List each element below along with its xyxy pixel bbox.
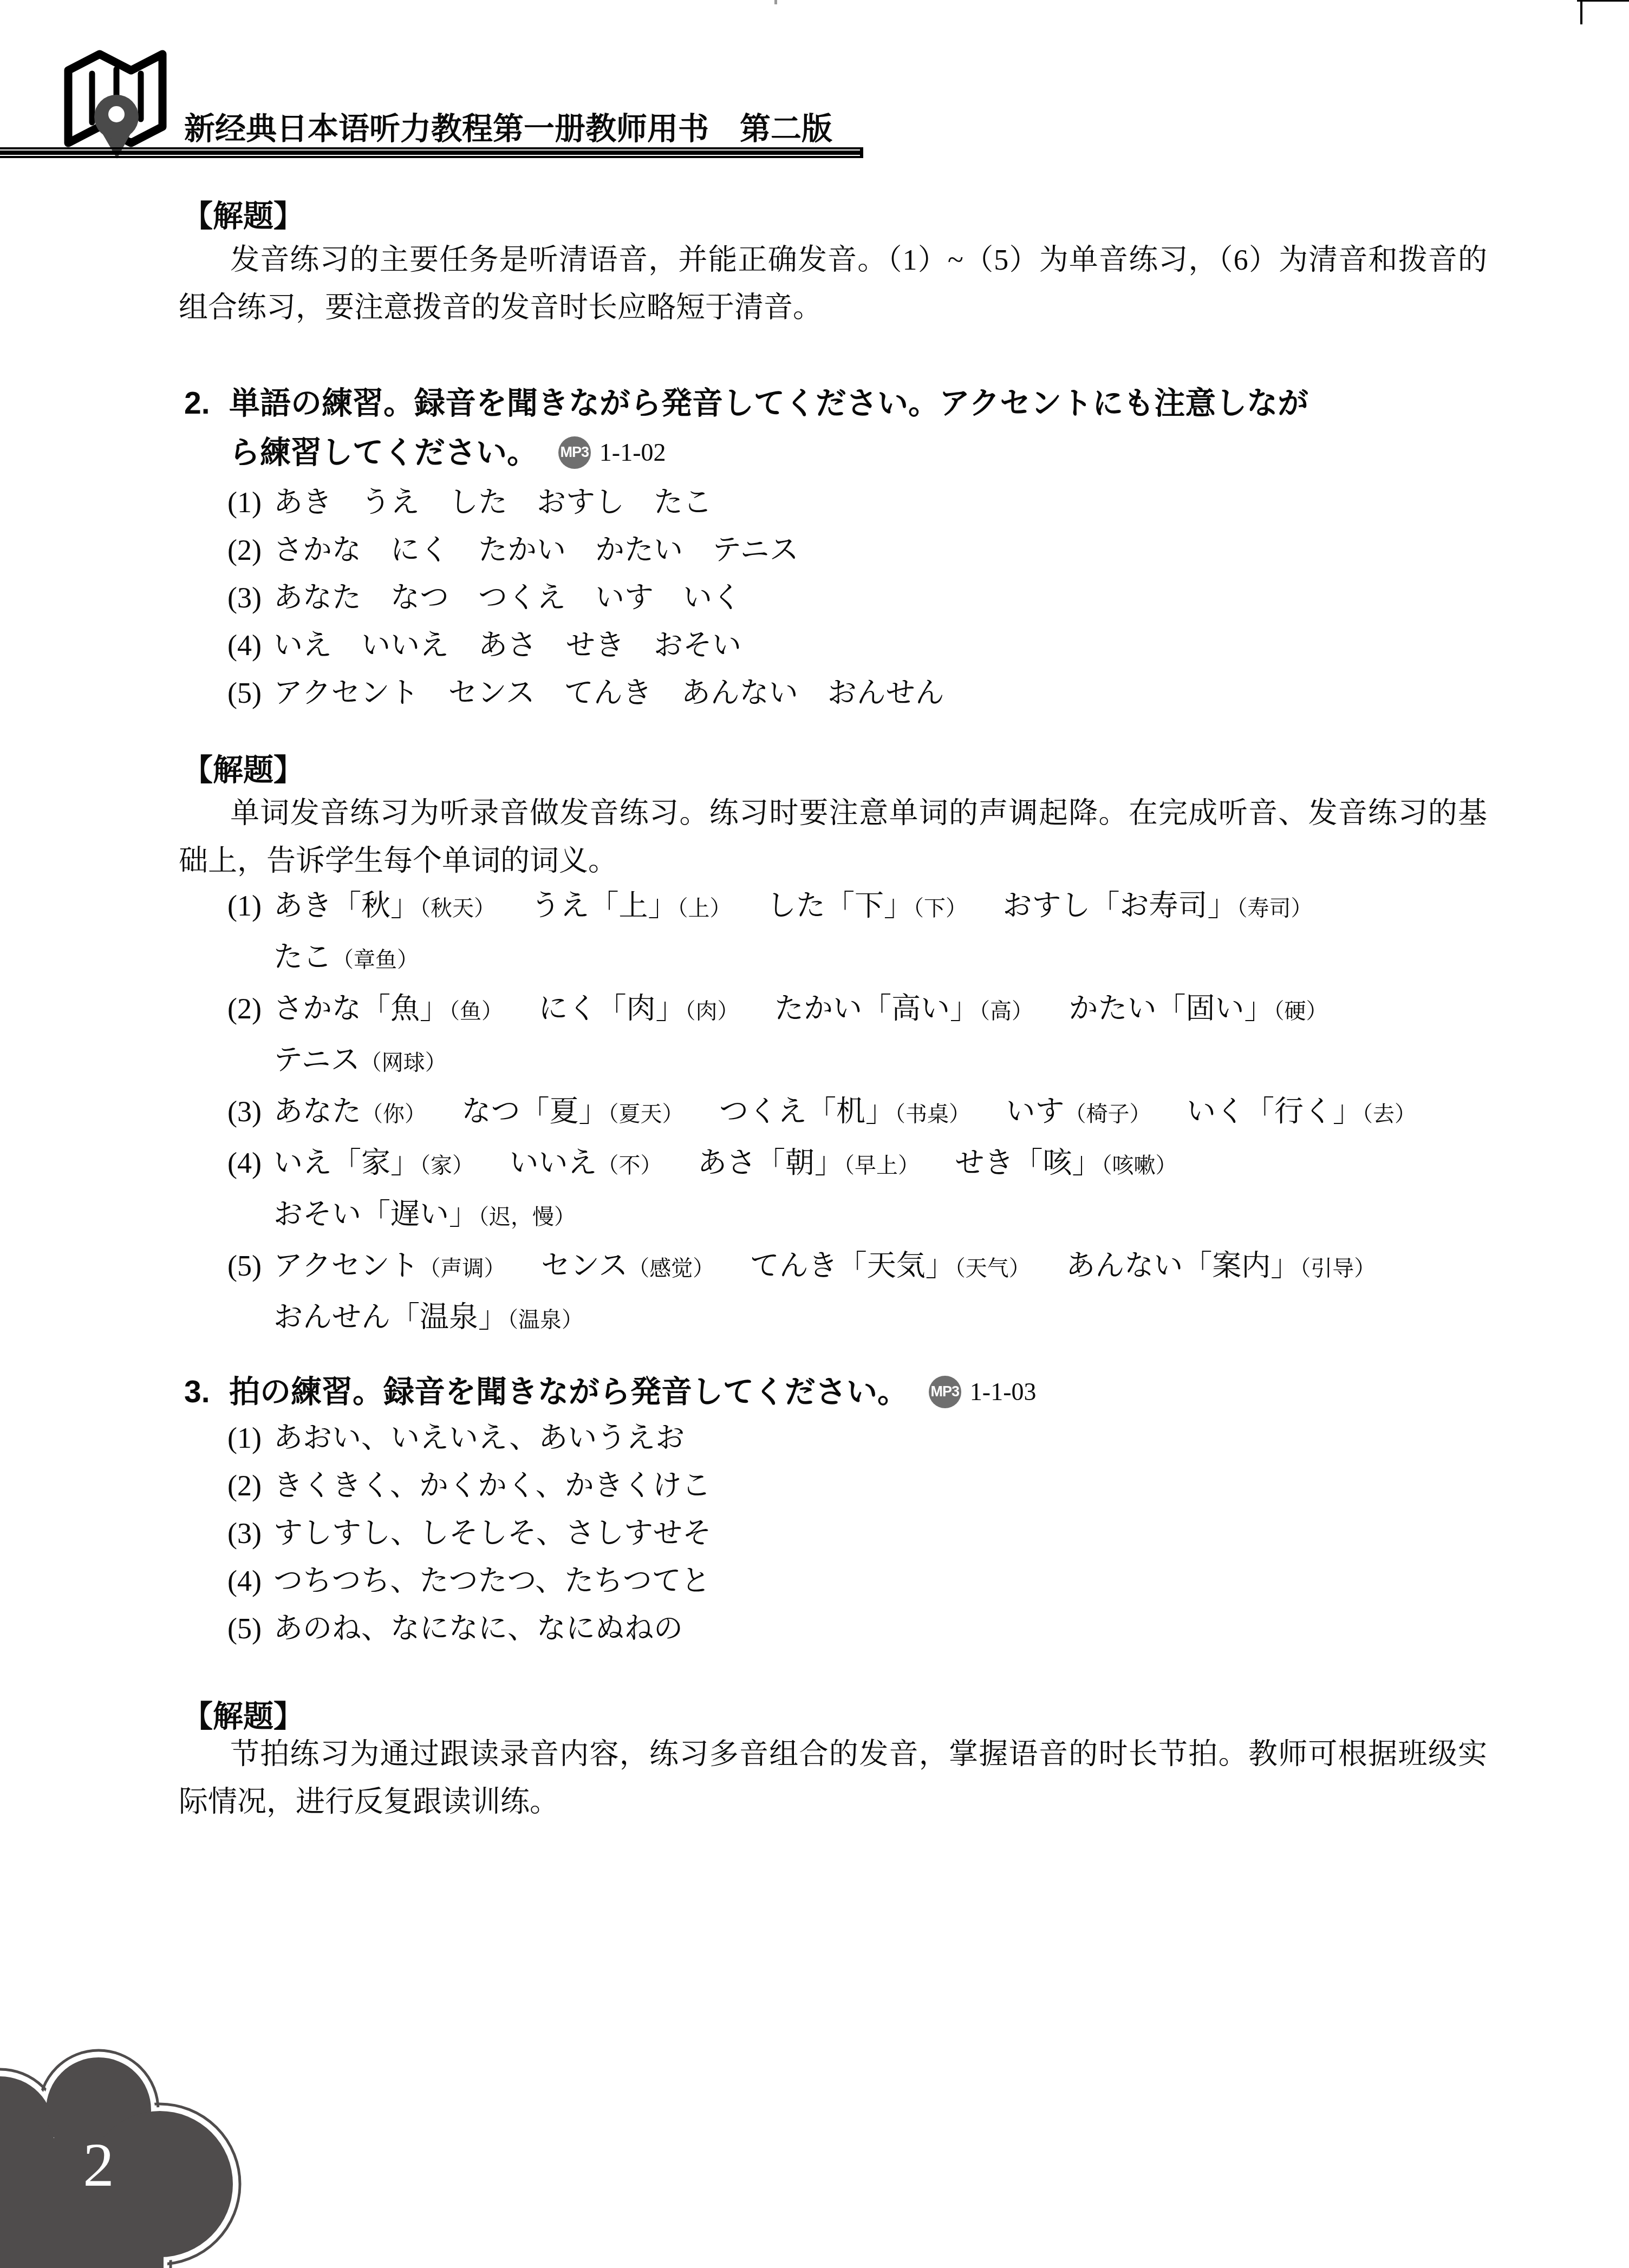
reading-word-jp: センス <box>541 1250 628 1282</box>
page-number: 2 <box>83 2130 114 2199</box>
reading-annotation-cn: （温泉） <box>507 1308 583 1332</box>
beat-text: すしすし、しそしそ、さしすせそ <box>273 1509 712 1557</box>
page: 新经典日本语听力教程第一册教师用书 第二版 【解题】 发音练习的主要任务是听清语… <box>0 0 1629 2268</box>
reading-segment: せき「咳」（咳嗽） <box>955 1147 1177 1179</box>
reading-segment: おそい「遅い」（迟，慢） <box>273 1198 576 1231</box>
mp3-badge: MP3 1-1-03 <box>929 1367 1037 1416</box>
heading-line-2: ら練習してください。 MP3 1-1-02 <box>229 428 1308 479</box>
word-list-item: (4) いえ いいえ あさ せき おそい <box>227 622 1499 669</box>
beat-list-item: (5) あのね、なになに、なにぬねの <box>227 1605 1499 1652</box>
reading-annotation-cn: （下） <box>913 896 967 920</box>
reading-lines: あき「秋」（秋天） うえ「上」（上） した「下」（下） おすし「お寿司」（寿司） <box>273 881 1499 984</box>
reading-segment: にく「肉」（肉） <box>539 992 739 1025</box>
crop-mark-tick <box>774 0 777 4</box>
reading-line: おんせん「温泉」（温泉） <box>273 1293 1499 1344</box>
reading-annotation-cn: （夏天） <box>608 1102 684 1126</box>
reading-annotation-cn: （秋天） <box>420 896 496 920</box>
reading-segment: テニス（网球） <box>273 1044 447 1076</box>
word-list-item: (3) あなた なつ つくえ いす いく <box>227 574 1499 622</box>
reading-annotation-cn: （上） <box>677 896 732 920</box>
section-3-heading: 3. 拍の練習。録音を聞きながら発音してください。 MP3 1-1-03 <box>184 1368 1499 1419</box>
reading-lines: あなた（你） なつ「夏」（夏天） つくえ「机」（书桌） いす（椅子） いく「行く… <box>273 1087 1499 1139</box>
section-number: 3. <box>184 1368 229 1419</box>
mp3-badge: MP3 1-1-02 <box>558 428 666 477</box>
reading-lines: いえ「家」（家） いいえ（不） あさ「朝」（早上） せき「咳」（咳嗽） <box>273 1139 1499 1241</box>
reading-item: (4) いえ「家」（家） いいえ（不） あさ「朝」（早上） <box>227 1139 1499 1241</box>
reading-line: あなた（你） なつ「夏」（夏天） つくえ「机」（书桌） いす（椅子） いく「行く… <box>273 1087 1499 1139</box>
item-number: (2) <box>227 1462 273 1509</box>
beat-text: あのね、なになに、なにぬねの <box>273 1605 683 1652</box>
section-number: 2. <box>184 379 229 479</box>
reading-annotation-cn: （高） <box>979 999 1033 1023</box>
reading-word-jp: いいえ <box>510 1147 597 1179</box>
reading-annotation-cn: （不） <box>597 1153 662 1178</box>
word-list-item: (1) あき うえ した おすし たこ <box>227 479 1499 526</box>
item-number: (4) <box>227 622 273 669</box>
header-rule <box>0 147 863 158</box>
jieti-heading: 【解题】 <box>183 192 304 236</box>
reading-annotation-cn: （肉） <box>685 999 739 1023</box>
mp3-track-number: 1-1-02 <box>600 428 666 477</box>
word-practice-list: (1) あき うえ した おすし たこ (2) さかな にく たかい かたい テ… <box>227 479 1499 717</box>
reading-word-jp: あなた <box>273 1095 361 1128</box>
heading-line-2-text: ら練習してください。 <box>229 435 538 470</box>
reading-line: いえ「家」（家） いいえ（不） あさ「朝」（早上） せき「咳」（咳嗽） <box>273 1139 1499 1190</box>
reading-segment: つくえ「机」（书桌） <box>719 1095 970 1128</box>
reading-annotation-cn: （咳嗽） <box>1102 1153 1177 1178</box>
beat-text: きくきく、かくかく、かきくけこ <box>273 1462 711 1509</box>
reading-word-jp: おすし「お寿司」 <box>1003 890 1237 922</box>
heading-line-1: 拍の練習。録音を聞きながら発音してください。 MP3 1-1-03 <box>229 1368 1036 1419</box>
reading-segment: たかい「高い」（高） <box>774 992 1033 1025</box>
reading-segment: あき「秋」（秋天） <box>273 890 496 922</box>
item-words: いえ いいえ あさ せき おそい <box>273 622 741 669</box>
item-words: あなた なつ つくえ いす いく <box>273 574 741 622</box>
reading-segment: おんせん「温泉」（温泉） <box>273 1301 583 1334</box>
reading-word-jp: いく「行く」 <box>1187 1095 1362 1128</box>
beat-text: つちつち、たつたつ、たちつてと <box>273 1557 711 1605</box>
item-words: さかな にく たかい かたい テニス <box>273 526 799 574</box>
reading-word-jp: いえ「家」 <box>273 1147 420 1179</box>
page-number-cloud: 2 <box>0 2049 249 2268</box>
reading-item: (5) アクセント（声调） センス（感觉） てんき「天気」（天气） <box>227 1241 1499 1344</box>
beat-practice-list: (1) あおい、いえいえ、あいうえお (2) きくきく、かくかく、かきくけこ (… <box>227 1414 1499 1652</box>
reading-annotation-cn: （引导） <box>1300 1256 1376 1280</box>
item-words: アクセント センス てんき あんない おんせん <box>273 669 944 717</box>
explanation-paragraph-3: 节拍练习为通过跟读录音内容，练习多音组合的发音，掌握语音的时长节拍。教师可根据班… <box>179 1730 1487 1826</box>
mp3-track-number: 1-1-03 <box>970 1367 1037 1416</box>
reading-segment: てんき「天気」（天气） <box>750 1250 1031 1282</box>
reading-item: (3) あなた（你） なつ「夏」（夏天） つくえ「机」（书桌） <box>227 1087 1499 1139</box>
item-number: (5) <box>227 1605 273 1652</box>
reading-annotation-cn: （感觉） <box>628 1256 714 1280</box>
reading-segment: かたい「固い」（硬） <box>1069 992 1328 1025</box>
crop-mark-vertical <box>1580 0 1582 24</box>
reading-segment: あさ「朝」（早上） <box>698 1147 920 1179</box>
beat-list-item: (1) あおい、いえいえ、あいうえお <box>227 1414 1499 1462</box>
reading-annotation-cn: （网球） <box>360 1050 447 1075</box>
book-title: 新经典日本语听力教程第一册教师用书 第二版 <box>184 104 832 148</box>
reading-word-jp: せき「咳」 <box>955 1147 1102 1179</box>
beat-text: あおい、いえいえ、あいうえお <box>273 1414 685 1462</box>
reading-segment: いいえ（不） <box>510 1147 662 1179</box>
explanation-paragraph-1: 发音练习的主要任务是听清语音，并能正确发音。（1）~（5）为单音练习，（6）为清… <box>179 236 1487 331</box>
item-number: (3) <box>227 1509 273 1557</box>
reading-annotation-cn: （早上） <box>844 1153 920 1178</box>
reading-segment: あんない「案内」（引导） <box>1066 1250 1376 1282</box>
reading-segment: アクセント（声调） <box>273 1250 505 1282</box>
reading-annotation-cn: （书桌） <box>895 1102 970 1126</box>
reading-annotation-cn: （去） <box>1362 1102 1416 1126</box>
reading-word-jp: たこ <box>273 941 332 973</box>
explanation-paragraph-2: 单词发音练习为听录音做发音练习。练习时要注意单词的声调起降。在完成听音、发音练习… <box>179 789 1487 885</box>
crop-mark-horizontal <box>1577 0 1629 2</box>
jieti-heading: 【解题】 <box>183 1692 304 1736</box>
reading-word-jp: おんせん「温泉」 <box>273 1301 507 1334</box>
reading-annotation-cn: （迟，慢） <box>478 1205 576 1229</box>
reading-word-jp: した「下」 <box>767 890 913 922</box>
reading-segment: おすし「お寿司」（寿司） <box>1003 890 1313 922</box>
reading-segment: センス（感觉） <box>541 1250 714 1282</box>
reading-line: あき「秋」（秋天） うえ「上」（上） した「下」（下） おすし「お寿司」（寿司） <box>273 881 1499 933</box>
reading-word-jp: なつ「夏」 <box>462 1095 608 1128</box>
reading-annotation-cn: （家） <box>420 1153 474 1178</box>
reading-annotation-cn: （硬） <box>1274 999 1328 1023</box>
reading-segment: あなた（你） <box>273 1095 426 1128</box>
reading-segment: いえ「家」（家） <box>273 1147 474 1179</box>
item-number: (4) <box>227 1139 273 1241</box>
reading-item: (1) あき「秋」（秋天） うえ「上」（上） した「下」（下） <box>227 881 1499 984</box>
item-number: (2) <box>227 526 273 574</box>
word-list-item: (2) さかな にく たかい かたい テニス <box>227 526 1499 574</box>
reading-word-jp: いす <box>1006 1095 1065 1128</box>
reading-annotation-cn: （你） <box>361 1102 426 1126</box>
readings-list: (1) あき「秋」（秋天） うえ「上」（上） した「下」（下） <box>227 881 1499 1344</box>
reading-segment: うえ「上」（上） <box>531 890 732 922</box>
map-logo-icon <box>60 48 176 159</box>
item-number: (3) <box>227 1087 273 1139</box>
reading-annotation-cn: （声调） <box>419 1256 505 1280</box>
reading-word-jp: かたい「固い」 <box>1069 992 1274 1025</box>
reading-segment: いく「行く」（去） <box>1187 1095 1416 1128</box>
item-number: (3) <box>227 574 273 622</box>
reading-line: テニス（网球） <box>273 1036 1499 1087</box>
reading-annotation-cn: （天气） <box>955 1256 1031 1280</box>
reading-segment: さかな「魚」（鱼） <box>273 992 503 1025</box>
reading-word-jp: てんき「天気」 <box>750 1250 955 1282</box>
item-number: (1) <box>227 1414 273 1462</box>
beat-list-item: (2) きくきく、かくかく、かきくけこ <box>227 1462 1499 1509</box>
item-number: (2) <box>227 984 273 1087</box>
reading-lines: さかな「魚」（鱼） にく「肉」（肉） たかい「高い」（高） かたい「固い」（硬） <box>273 984 1499 1087</box>
reading-word-jp: テニス <box>273 1044 360 1076</box>
jieti-heading: 【解题】 <box>183 746 304 789</box>
section-3-title: 拍の練習。録音を聞きながら発音してください。 MP3 1-1-03 <box>229 1368 1036 1419</box>
heading-line-1: 単語の練習。録音を聞きながら発音してください。アクセントにも注意しなが <box>229 379 1308 428</box>
reading-lines: アクセント（声调） センス（感觉） てんき「天気」（天气） あんない「案内」（引… <box>273 1241 1499 1344</box>
reading-word-jp: たかい「高い」 <box>774 992 979 1025</box>
item-number: (1) <box>227 479 273 526</box>
item-number: (5) <box>227 1241 273 1344</box>
reading-word-jp: うえ「上」 <box>531 890 677 922</box>
reading-annotation-cn: （鱼） <box>449 999 503 1023</box>
reading-line: おそい「遅い」（迟，慢） <box>273 1190 1499 1241</box>
item-number: (4) <box>227 1557 273 1605</box>
reading-line: たこ（章鱼） <box>273 933 1499 984</box>
reading-segment: たこ（章鱼） <box>273 941 419 973</box>
reading-annotation-cn: （椅子） <box>1065 1102 1151 1126</box>
reading-annotation-cn: （寿司） <box>1237 896 1313 920</box>
beat-list-item: (3) すしすし、しそしそ、さしすせそ <box>227 1509 1499 1557</box>
reading-word-jp: つくえ「机」 <box>719 1095 895 1128</box>
reading-word-jp: あんない「案内」 <box>1066 1250 1300 1282</box>
reading-word-jp: さかな「魚」 <box>273 992 449 1025</box>
word-list-item: (5) アクセント センス てんき あんない おんせん <box>227 669 1499 717</box>
reading-line: さかな「魚」（鱼） にく「肉」（肉） たかい「高い」（高） かたい「固い」（硬） <box>273 984 1499 1036</box>
reading-segment: なつ「夏」（夏天） <box>462 1095 684 1128</box>
reading-word-jp: にく「肉」 <box>539 992 685 1025</box>
reading-annotation-cn: （章鱼） <box>332 947 419 972</box>
item-number: (5) <box>227 669 273 717</box>
reading-word-jp: おそい「遅い」 <box>273 1198 478 1231</box>
reading-segment: いす（椅子） <box>1006 1095 1151 1128</box>
reading-item: (2) さかな「魚」（鱼） にく「肉」（肉） たかい「高い」（高） <box>227 984 1499 1087</box>
heading-text: 拍の練習。録音を聞きながら発音してください。 <box>229 1375 908 1409</box>
reading-word-jp: あき「秋」 <box>273 890 420 922</box>
item-words: あき うえ した おすし たこ <box>273 479 712 526</box>
reading-word-jp: アクセント <box>273 1250 419 1282</box>
section-2-title: 単語の練習。録音を聞きながら発音してください。アクセントにも注意しなが ら練習し… <box>229 379 1308 479</box>
reading-word-jp: あさ「朝」 <box>698 1147 844 1179</box>
beat-list-item: (4) つちつち、たつたつ、たちつてと <box>227 1557 1499 1605</box>
reading-line: アクセント（声调） センス（感觉） てんき「天気」（天气） あんない「案内」（引… <box>273 1241 1499 1293</box>
mp3-icon: MP3 <box>558 436 591 469</box>
mp3-icon: MP3 <box>929 1376 961 1408</box>
item-number: (1) <box>227 881 273 984</box>
reading-segment: した「下」（下） <box>767 890 967 922</box>
section-2-heading: 2. 単語の練習。録音を聞きながら発音してください。アクセントにも注意しなが ら… <box>184 379 1499 479</box>
